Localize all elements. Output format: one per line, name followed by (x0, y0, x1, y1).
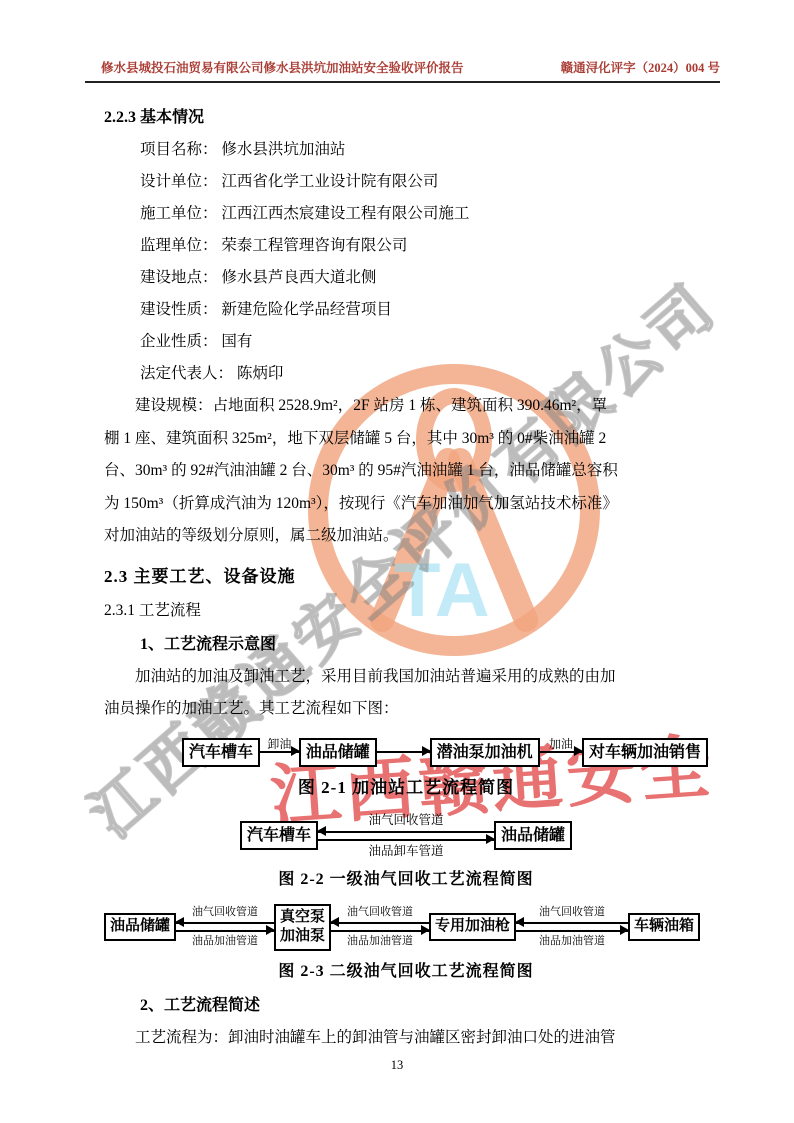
flow-node-vehicle-refueling-sales: 对车辆加油销售 (582, 738, 708, 767)
scale-paragraph-line: 建设规模：占地面积 2528.9m²，2F 站房 1 栋、建筑面积 390.46… (104, 390, 708, 423)
flow-node-dedicated-nozzle: 专用加油枪 (429, 913, 516, 941)
arrow-label-unload: 卸油 (267, 738, 291, 750)
flow-diagram-2-1: 汽车槽车 卸油 油品储罐 潜油泵加油机 加油 对车辆加油销售 (182, 738, 708, 767)
scale-paragraph-line: 台、30m³ 的 92#汽油油罐 2 台、30m³ 的 95#汽油油罐 1 台，… (104, 455, 708, 488)
arrow-left-icon (318, 831, 494, 833)
flow-node-tanker-truck: 汽车槽车 (240, 821, 318, 850)
flow-diagram-2-3: 油品储罐 油气回收管道 油品加油管道 真空泵 加油泵 油气回收管道 油品加油管道… (104, 904, 708, 951)
pipe-arrow-pair: 油气回收管道 油品加油管道 (331, 906, 429, 948)
pipe-arrow-pair: 油气回收管道 油品卸车管道 (318, 813, 494, 859)
arrow-right-icon (176, 930, 274, 932)
subsection-1-title: 1、工艺流程示意图 (104, 629, 708, 661)
arrow-left-icon (516, 922, 628, 924)
scale-paragraph-line: 为 150m³（折算成汽油为 120m³），按现行《汽车加油加气加氢站技术标准》 (104, 488, 708, 521)
info-project-name: 项目名称： 修水县洪坑加油站 (104, 134, 708, 166)
arrow-left-icon (176, 922, 274, 924)
document-body: 2.2.3 基本情况 项目名称： 修水县洪坑加油站 设计单位： 江西省化学工业设… (104, 102, 708, 1054)
fuel-pump-label: 加油泵 (280, 927, 325, 947)
label-unloading-pipe: 油品卸车管道 (318, 844, 494, 859)
arrow-right-icon (318, 839, 494, 841)
figure-2-3-caption: 图 2-3 二级油气回收工艺流程简图 (104, 956, 708, 988)
info-design-unit: 设计单位： 江西省化学工业设计院有限公司 (104, 166, 708, 198)
flow-node-submersible-pump-dispenser: 潜油泵加油机 (430, 738, 540, 767)
label-fueling-pipe: 油品加油管道 (176, 935, 274, 948)
vacuum-pump-label: 真空泵 (280, 908, 325, 928)
label-vapor-recovery-pipe: 油气回收管道 (318, 813, 494, 828)
flow-node-storage-tank: 油品储罐 (299, 738, 377, 767)
info-construction-unit: 施工单位： 江西江西杰宸建设工程有限公司施工 (104, 198, 708, 230)
label-vapor-recovery-pipe: 油气回收管道 (176, 906, 274, 919)
arrow-label-refuel: 加油 (549, 738, 573, 750)
flow-node-storage-tank: 油品储罐 (494, 821, 572, 850)
page-header: 修水县城投石油贸易有限公司修水县洪坑加油站安全验收评价报告 赣通浔化评字（202… (85, 58, 720, 83)
pipe-arrow-pair: 油气回收管道 油品加油管道 (516, 906, 628, 948)
scale-paragraph-line: 棚 1 座、建筑面积 325m²，地下双层储罐 5 台，其中 30m³ 的 0#… (104, 423, 708, 456)
intro-paragraph-line: 油员操作的加油工艺。其工艺流程如下图： (104, 693, 708, 726)
section-2-3-1-title: 2.3.1 工艺流程 (104, 595, 708, 627)
flow-node-tanker-truck: 汽车槽车 (182, 738, 260, 767)
figure-2-1-caption: 图 2-1 加油站工艺流程简图 (104, 772, 708, 804)
label-fueling-pipe: 油品加油管道 (331, 935, 429, 948)
label-vapor-recovery-pipe: 油气回收管道 (331, 906, 429, 919)
flow-diagram-2-2: 汽车槽车 油气回收管道 油品卸车管道 油品储罐 (104, 813, 708, 859)
flow-node-vehicle-fuel-tank: 车辆油箱 (628, 913, 700, 941)
subsection-2-title: 2、工艺流程简述 (104, 990, 708, 1022)
process-description-line: 工艺流程为：卸油时油罐车上的卸油管与油罐区密封卸油口处的进油管 (104, 1022, 708, 1055)
scale-paragraph-line: 对加油站的等级划分原则，属二级加油站。 (104, 520, 708, 553)
arrow-right-icon (331, 930, 429, 932)
info-location: 建设地点： 修水县芦良西大道北侧 (104, 262, 708, 294)
info-supervision-unit: 监理单位： 荣泰工程管理咨询有限公司 (104, 230, 708, 262)
arrow-right-icon (377, 751, 430, 753)
figure-2-2-caption: 图 2-2 一级油气回收工艺流程简图 (104, 864, 708, 896)
page-number: 13 (0, 1058, 794, 1073)
label-vapor-recovery-pipe: 油气回收管道 (516, 906, 628, 919)
info-legal-representative: 法定代表人： 陈炳印 (104, 358, 708, 390)
header-report-title: 修水县城投石油贸易有限公司修水县洪坑加油站安全验收评价报告 (85, 58, 464, 76)
arrow-right-icon: 加油 (540, 751, 582, 753)
section-2-3-title: 2.3 主要工艺、设备设施 (104, 561, 708, 593)
label-fueling-pipe: 油品加油管道 (516, 935, 628, 948)
header-document-number: 赣通浔化评字（2024）004 号 (561, 58, 720, 76)
pipe-arrow-pair: 油气回收管道 油品加油管道 (176, 906, 274, 948)
arrow-right-icon (516, 930, 628, 932)
flow-node-vacuum-pump-fuel-pump: 真空泵 加油泵 (274, 904, 331, 951)
arrow-left-icon (331, 922, 429, 924)
intro-paragraph-line: 加油站的加油及卸油工艺，采用目前我国加油站普遍采用的成熟的由加 (104, 661, 708, 694)
flow-node-storage-tank: 油品储罐 (104, 913, 176, 941)
info-nature: 建设性质： 新建危险化学品经营项目 (104, 294, 708, 326)
info-enterprise-nature: 企业性质： 国有 (104, 326, 708, 358)
arrow-right-icon: 卸油 (260, 751, 299, 753)
section-2-2-3-title: 2.2.3 基本情况 (104, 102, 708, 134)
